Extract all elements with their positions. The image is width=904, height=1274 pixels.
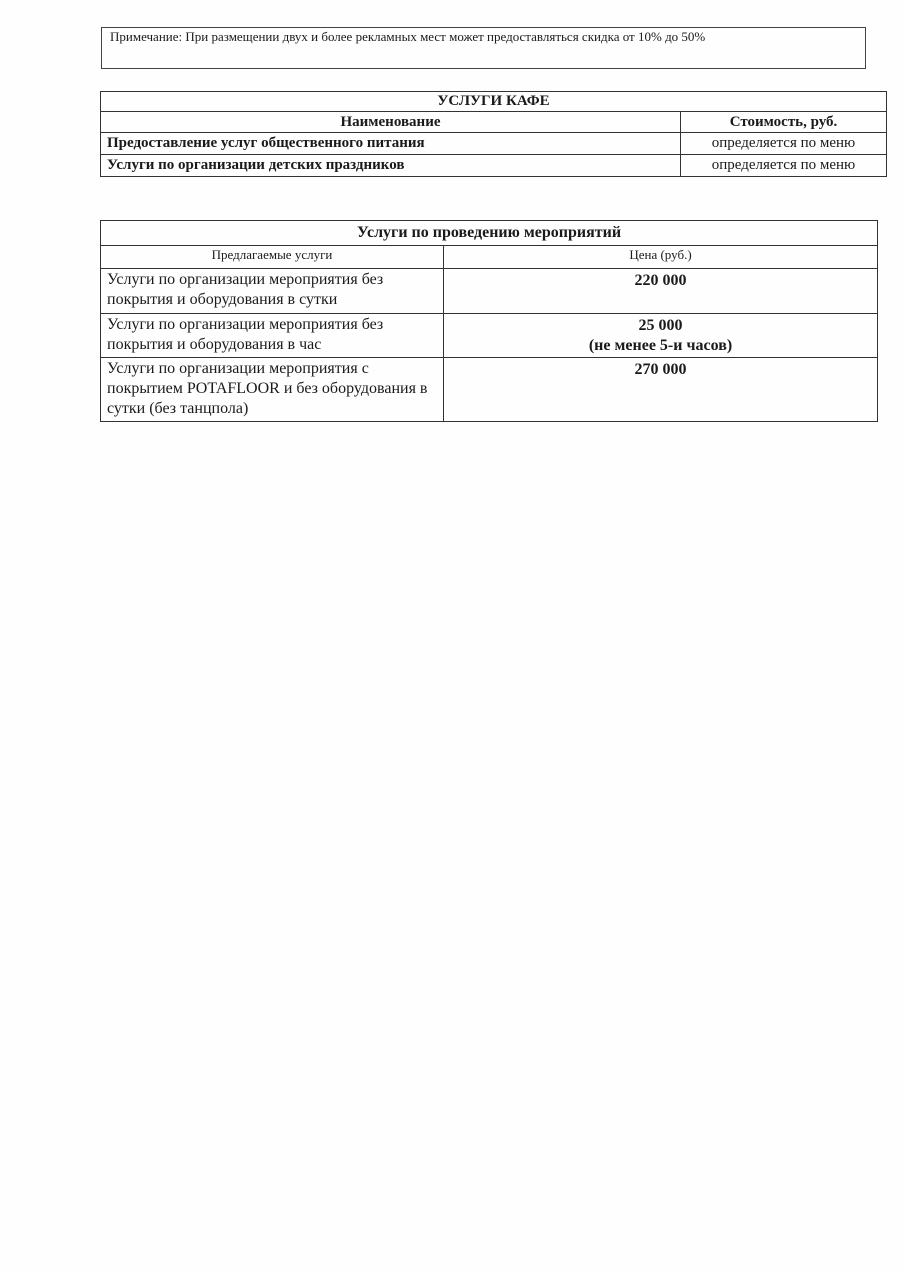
service-name: Услуги по организации мероприятия без по… <box>101 269 444 314</box>
discount-note: Примечание: При размещении двух и более … <box>101 27 866 69</box>
discount-note-text: Примечание: При размещении двух и более … <box>110 29 705 44</box>
cafe-column-price: Стоимость, руб. <box>681 112 887 133</box>
service-price: определяется по меню <box>681 133 887 155</box>
event-services-table: Услуги по проведению мероприятий Предлаг… <box>100 220 878 422</box>
service-price: определяется по меню <box>681 155 887 177</box>
table-row: Услуги по организации мероприятия без по… <box>101 314 878 358</box>
price-value: 220 000 <box>450 271 871 291</box>
table-row: Предоставление услуг общественного питан… <box>101 133 887 155</box>
service-price: 25 000 (не менее 5-и часов) <box>444 314 878 358</box>
cafe-services-table: УСЛУГИ КАФЕ Наименование Стоимость, руб.… <box>100 91 887 177</box>
service-name: Услуги по организации мероприятия с покр… <box>101 358 444 422</box>
price-value: 270 000 <box>450 360 871 380</box>
price-note: (не менее 5-и часов) <box>450 336 871 356</box>
events-table-title: Услуги по проведению мероприятий <box>101 221 878 246</box>
service-name: Услуги по организации мероприятия без по… <box>101 314 444 358</box>
service-name: Услуги по организации детских праздников <box>101 155 681 177</box>
service-name: Предоставление услуг общественного питан… <box>101 133 681 155</box>
table-row: Услуги по организации детских праздников… <box>101 155 887 177</box>
events-column-service: Предлагаемые услуги <box>101 246 444 269</box>
service-price: 220 000 <box>444 269 878 314</box>
table-row: Услуги по организации мероприятия без по… <box>101 269 878 314</box>
events-column-price: Цена (руб.) <box>444 246 878 269</box>
table-row: Услуги по организации мероприятия с покр… <box>101 358 878 422</box>
service-price: 270 000 <box>444 358 878 422</box>
price-value: 25 000 <box>450 316 871 336</box>
cafe-table-title: УСЛУГИ КАФЕ <box>101 92 887 112</box>
cafe-column-name: Наименование <box>101 112 681 133</box>
